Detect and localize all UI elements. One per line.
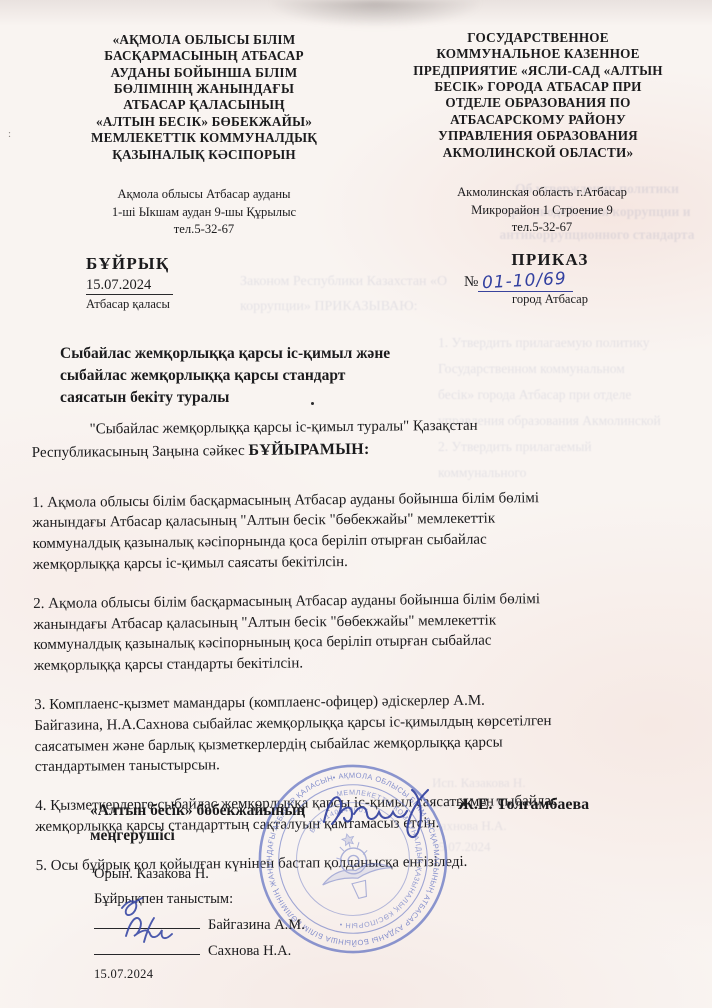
signatory-title: «Алтын бесік» бөбекжайының меңгерушісі [90, 799, 360, 849]
scanned-order-document: : Об утверждении политики противодействи… [0, 0, 712, 1008]
order-label-russian: ПРИКАЗ [452, 250, 648, 270]
decree-word: БҰЙЫРАМЫН: [248, 441, 369, 459]
order-city-russian: город Атбасар [452, 292, 648, 307]
order-block-russian: ПРИКАЗ №01-10/69 город Атбасар [452, 250, 648, 307]
order-date: 15.07.2024 [86, 276, 173, 295]
director-name: Ж.Е. Толгамбаева [458, 796, 589, 814]
scan-smudge [268, 0, 483, 28]
scan-speck: : [8, 128, 11, 140]
prepared-by: Орын. Казакова Н. [94, 864, 305, 885]
org-name-kazakh: «АҚМОЛА ОБЛЫСЫ БІЛІМ БАСҚАРМАСЫНЫҢ АТБАС… [48, 32, 360, 163]
org-name-russian: ГОСУДАРСТВЕННОЕ КОММУНАЛЬНОЕ КАЗЕННОЕ ПР… [388, 30, 688, 161]
org-address-kazakh: Ақмола облысы Атбасар ауданы 1-ші Ыкшам … [78, 186, 330, 239]
order-city-kazakh: Атбасар қаласы [86, 297, 173, 312]
order-item-1: 1. Ақмола облысы білім басқармасының Атб… [32, 486, 693, 576]
order-item-2: 2. Ақмола облысы білім басқармасының Атб… [33, 587, 694, 677]
order-number-handwritten: 01-10/69 [482, 269, 568, 293]
staff-signatures [108, 892, 228, 950]
bottom-date: 15.07.2024 [94, 965, 305, 983]
order-block-kazakh: БҰЙРЫҚ 15.07.2024 Атбасар қаласы [86, 254, 173, 312]
order-subject: Сыбайлас жемқорлыққа қарсы іс-қимыл және… [60, 343, 500, 409]
order-number-sign: № [464, 274, 478, 290]
preamble: "Сыбайлас жемқорлыққа қарсы іс-қимыл тур… [31, 413, 691, 465]
stray-dot [311, 402, 314, 405]
org-address-russian: Акмолинская область г.Атбасар Микрорайон… [416, 184, 668, 237]
order-label-kazakh: БҰЙРЫҚ [86, 254, 173, 274]
